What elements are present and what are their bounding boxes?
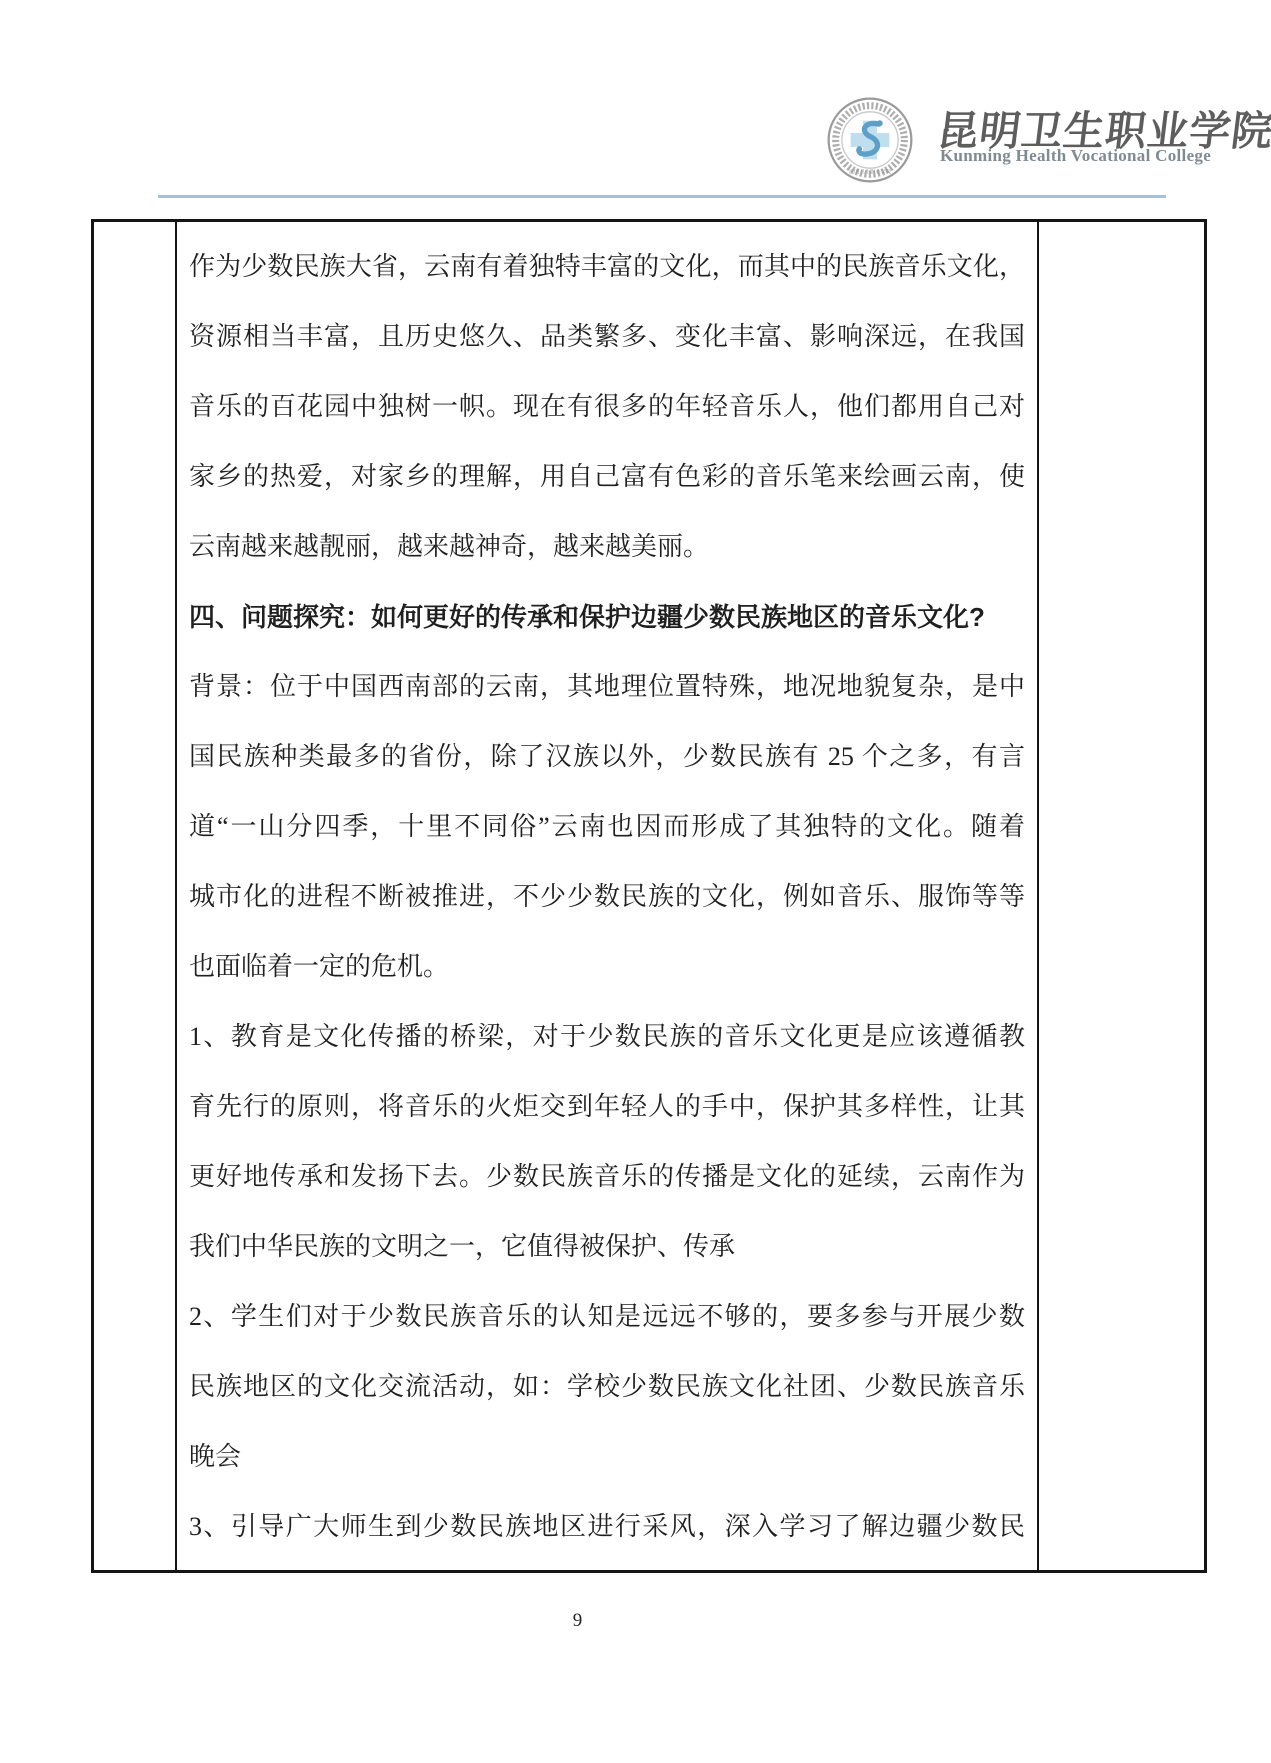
lesson-plan-table: 作为少数民族大省，云南有着独特丰富的文化，而其中的民族音乐文化， 资源相当丰富，… <box>91 219 1207 1573</box>
seal-inner-text: 昆明卫生职业学院 <box>849 167 892 175</box>
text-line: 1、教育是文化传播的桥梁，对于少数民族的音乐文化更是应该遵循教 <box>189 1002 1025 1072</box>
table-left-cell <box>94 222 177 1570</box>
text-line: 音乐的百花园中独树一帜。现在有很多的年轻音乐人，他们都用自己对 <box>189 372 1025 442</box>
header-divider <box>158 195 1166 198</box>
college-seal-icon: 昆明卫生职业学院 <box>826 96 914 184</box>
text-line: 3、引导广大师生到少数民族地区进行采风，深入学习了解边疆少数民 <box>189 1492 1025 1562</box>
text-line: 晚会 <box>189 1422 1025 1492</box>
table-side-cell <box>1037 222 1204 1570</box>
text-line: 资源相当丰富，且历史悠久、品类繁多、变化丰富、影响深远，在我国 <box>189 302 1025 372</box>
text-line: 城市化的进程不断被推进，不少少数民族的文化，例如音乐、服饰等等 <box>189 862 1025 932</box>
text-line: 民族地区的文化交流活动，如：学校少数民族文化社团、少数民族音乐 <box>189 1352 1025 1422</box>
text-line: 更好地传承和发扬下去。少数民族音乐的传播是文化的延续，云南作为 <box>189 1142 1025 1212</box>
text-line: 我们中华民族的文明之一，它值得被保护、传承 <box>189 1212 1025 1282</box>
college-name-english: Kunming Health Vocational College <box>940 146 1211 166</box>
section-heading: 四、问题探究：如何更好的传承和保护边疆少数民族地区的音乐文化? <box>189 582 1025 652</box>
text-line: 国民族种类最多的省份，除了汉族以外，少数民族有 25 个之多，有言 <box>189 722 1025 792</box>
text-line: 道“一山分四季，十里不同俗”云南也因而形成了其独特的文化。随着 <box>189 792 1025 862</box>
text-line: 家乡的热爱，对家乡的理解，用自己富有色彩的音乐笔来绘画云南，使 <box>189 442 1025 512</box>
college-seal-logo: 昆明卫生职业学院 <box>826 96 914 184</box>
text-line: 也面临着一定的危机。 <box>189 932 1025 1002</box>
page-number: 9 <box>0 1610 1155 1632</box>
text-line: 背景：位于中国西南部的云南，其地理位置特殊，地况地貌复杂，是中 <box>189 652 1025 722</box>
text-line: 育先行的原则，将音乐的火炬交到年轻人的手中，保护其多样性，让其 <box>189 1072 1025 1142</box>
text-line: 2、学生们对于少数民族音乐的认知是远远不够的，要多参与开展少数 <box>189 1282 1025 1352</box>
text-line: 作为少数民族大省，云南有着独特丰富的文化，而其中的民族音乐文化， <box>189 232 1025 302</box>
text-line: 云南越来越靓丽，越来越神奇，越来越美丽。 <box>189 512 1025 582</box>
table-content-cell: 作为少数民族大省，云南有着独特丰富的文化，而其中的民族音乐文化， 资源相当丰富，… <box>177 222 1037 1570</box>
document-page: 昆明卫生职业学院 昆明卫生职业学院 Kunming Health Vocatio… <box>0 0 1271 1763</box>
